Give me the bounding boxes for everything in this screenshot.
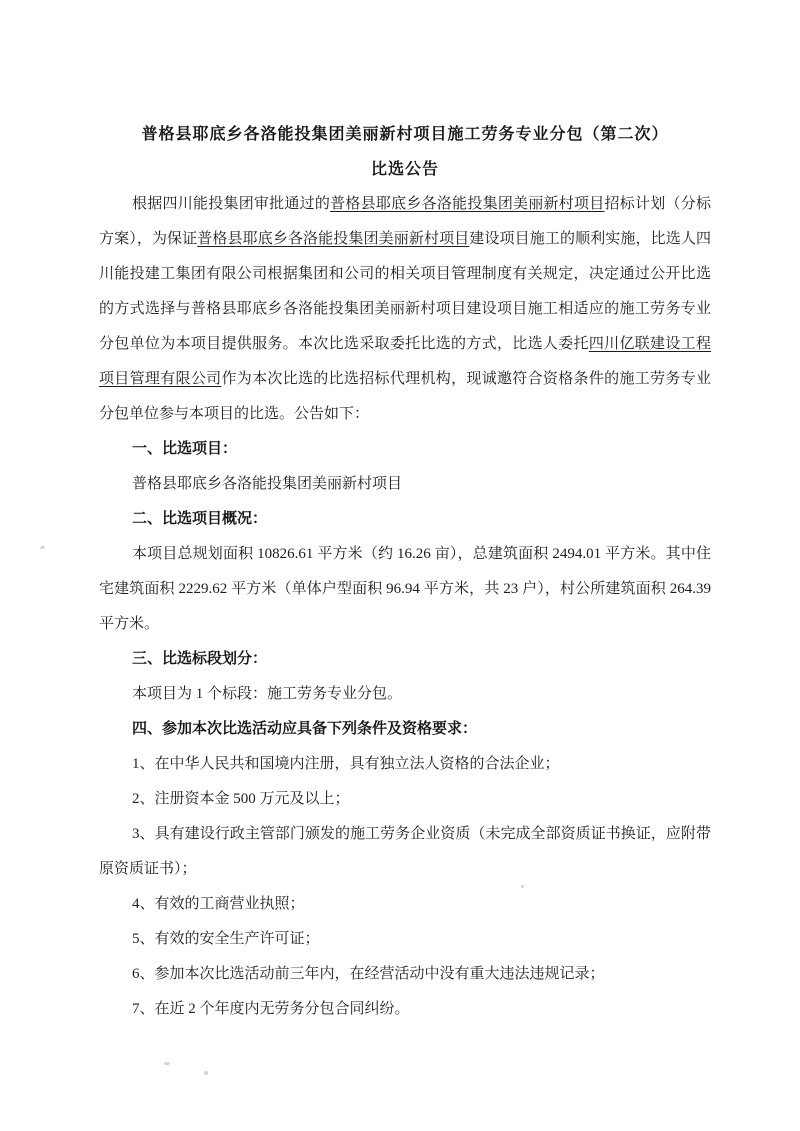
section-2-body: 本项目总规划面积 10826.61 平方米（约 16.26 亩），总建筑面积 2…	[99, 537, 711, 642]
section-3-heading: 三、比选标段划分：	[99, 642, 711, 677]
intro-text-1: 根据四川能投集团审批通过的	[132, 196, 330, 212]
intro-paragraph: 根据四川能投集团审批通过的普格县耶底乡各洛能投集团美丽新村项目招标计划（分标方案…	[99, 187, 711, 432]
section-2-heading: 二、比选项目概况：	[99, 502, 711, 537]
requirement-item-3: 3、具有建设行政主管部门颁发的施工劳务企业资质（未完成全部资质证书换证，应附带原…	[99, 817, 711, 887]
requirement-item-6: 6、参加本次比选活动前三年内，在经营活动中没有重大违法违规记录；	[99, 957, 711, 992]
project-name-underlined-1: 普格县耶底乡各洛能投集团美丽新村项目	[330, 196, 604, 212]
document-body: 普格县耶底乡各洛能投集团美丽新村项目施工劳务专业分包（第二次） 比选公告 根据四…	[99, 117, 711, 1027]
requirement-item-2: 2、注册资本金 500 万元及以上；	[99, 782, 711, 817]
scan-speck	[40, 545, 46, 550]
document-subtitle: 比选公告	[99, 152, 711, 187]
section-1-heading: 一、比选项目：	[99, 432, 711, 467]
scan-speck	[521, 885, 524, 888]
section-4-heading: 四、参加本次比选活动应具备下列条件及资格要求：	[99, 712, 711, 747]
section-3-body: 本项目为 1 个标段：施工劳务专业分包。	[99, 677, 711, 712]
requirement-item-7: 7、在近 2 个年度内无劳务分包合同纠纷。	[99, 992, 711, 1027]
requirement-item-1: 1、在中华人民共和国境内注册，具有独立法人资格的合法企业；	[99, 747, 711, 782]
document-title: 普格县耶底乡各洛能投集团美丽新村项目施工劳务专业分包（第二次）	[99, 117, 711, 152]
document-page: 普格县耶底乡各洛能投集团美丽新村项目施工劳务专业分包（第二次） 比选公告 根据四…	[0, 0, 800, 1131]
scan-speck	[204, 1071, 208, 1075]
intro-text-3: 建设项目施工的顺利实施，比选人四川能投建工集团有限公司根据集团和公司的相关项目管…	[99, 231, 711, 352]
scan-speck	[164, 1062, 170, 1065]
project-name-underlined-2: 普格县耶底乡各洛能投集团美丽新村项目	[197, 231, 469, 247]
requirement-item-5: 5、有效的安全生产许可证；	[99, 922, 711, 957]
requirement-item-4: 4、有效的工商营业执照；	[99, 887, 711, 922]
section-1-body: 普格县耶底乡各洛能投集团美丽新村项目	[99, 467, 711, 502]
